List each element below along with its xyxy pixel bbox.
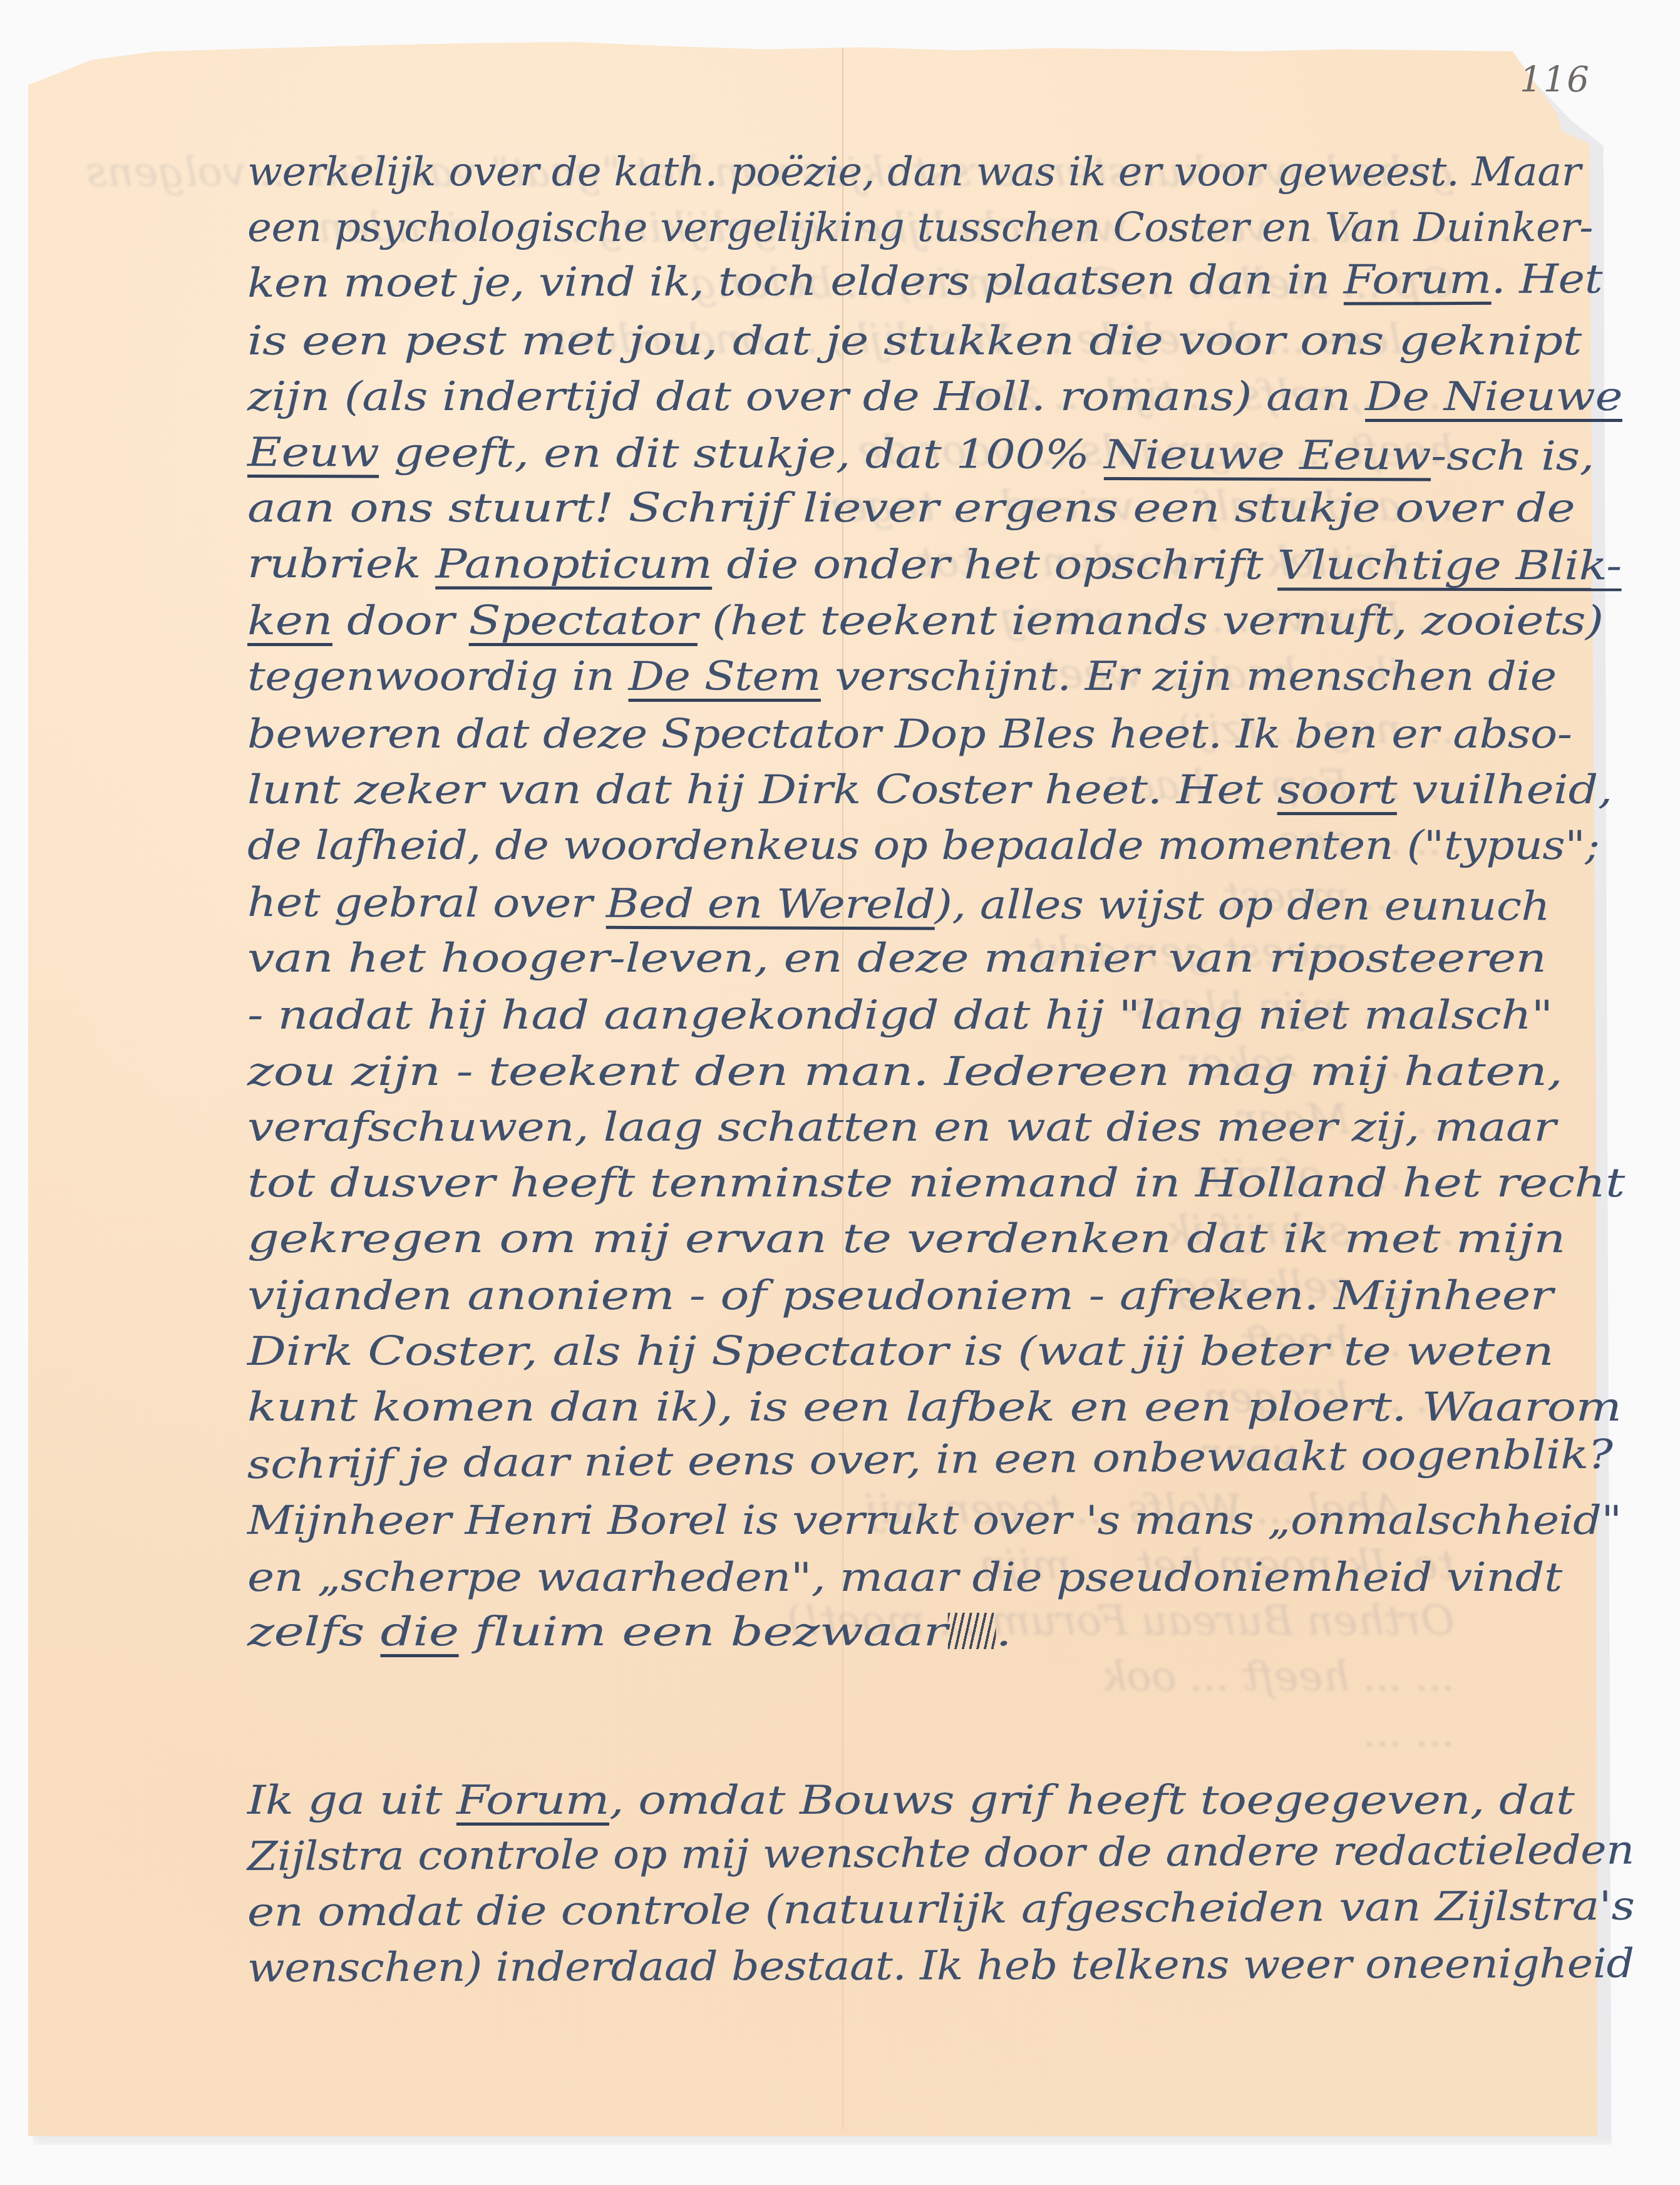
handwritten-line: tot dusver heeft tenminste niemand in Ho… [247,1160,1625,1206]
underlined-title: Forum [1344,257,1492,304]
handwritten-line: ken moet je, vind ik, toch elders plaats… [247,256,1602,307]
handwritten-line: gekregen om mij ervan te verdenken dat i… [247,1216,1565,1262]
handwritten-line: het gebral over Bed en Wereld), alles wi… [247,880,1550,930]
handwritten-line: rubriek Panopticum die onder het opschri… [247,541,1622,589]
line-text: het gebral over [247,880,606,927]
line-text: Mijnheer Henri Borel is verrukt over 's … [247,1498,1622,1544]
line-text: verafschuwen, laag schatten en wat dies … [247,1104,1555,1151]
handwritten-line: wenschen) inderdaad bestaat. Ik heb telk… [247,1941,1634,1992]
underlined-title: De Stem [629,654,821,700]
handwritten-line: zijn (als indertijd dat over de Holl. ro… [247,374,1622,420]
line-text: geeft, en dit stukje, dat 100% [379,430,1104,478]
underlined-title: Bed en Wereld [606,881,935,928]
line-text: die onder het opschrift [712,542,1277,589]
handwritten-line: - nadat hij had aangekondigd dat hij "la… [247,992,1553,1039]
line-text: een psychologische vergelijking tusschen… [247,205,1593,251]
line-text: zou zijn - teekent den man. Iedereen mag… [247,1049,1562,1095]
underlined-title: Panopticum [435,541,712,588]
line-text: wenschen) inderdaad bestaat. Ik heb telk… [247,1941,1634,1992]
handwritten-line: Ik ga uit Forum, omdat Bouws grif heeft … [247,1777,1574,1824]
line-text: Ik ga uit [247,1777,456,1824]
underlined-title: Forum [456,1777,609,1824]
page-number: 116 [1520,59,1590,100]
line-text: werkelijk over de kath. poëzie, dan was … [247,149,1580,195]
line-text: zijn (als indertijd dat over de Holl. ro… [247,374,1365,420]
handwritten-line: Eeuw geeft, en dit stukje, dat 100% Nieu… [247,429,1594,480]
underlined-title: Eeuw [247,429,379,476]
line-text: Dirk Coster, als hij Spectator is (wat j… [247,1329,1554,1375]
underlined-title: De Nieuwe [1365,374,1622,420]
handwritten-line: Mijnheer Henri Borel is verrukt over 's … [247,1498,1622,1544]
handwritten-line: ken door Spectator (het teekent iemands … [247,598,1604,644]
handwritten-line: beweren dat deze Spectator Dop Bles heet… [247,711,1572,758]
handwritten-line: tegenwoordig in De Stem verschijnt. Er z… [247,654,1557,700]
line-text: beweren dat deze Spectator Dop Bles heet… [247,711,1572,758]
line-text: . [996,1609,1011,1655]
line-text: en „scherpe waarheden", maar die pseudon… [247,1555,1562,1601]
underlined-title: Nieuwe Eeuw [1104,432,1431,480]
line-text: Zijlstra controle op mij wenschte door d… [247,1827,1634,1880]
handwritten-line: aan ons stuurt! Schrijf liever ergens ee… [247,485,1575,532]
line-text: , omdat Bouws grif heeft toegegeven, dat [609,1777,1575,1824]
line-text: en omdat die controle (natuurlijk afgesc… [247,1883,1635,1936]
handwritten-line: Dirk Coster, als hij Spectator is (wat j… [247,1329,1554,1375]
handwritten-line: kunt komen dan ik), is een lafbek en een… [247,1384,1621,1431]
line-text: fluim een bezwaar [459,1609,948,1655]
line-text: - nadat hij had aangekondigd dat hij "la… [247,992,1553,1039]
handwritten-line: vijanden anoniem - of pseudoniem - afrek… [247,1273,1553,1319]
handwritten-line: en omdat die controle (natuurlijk afgesc… [247,1883,1635,1936]
line-text: kunt komen dan ik), is een lafbek en een… [247,1384,1621,1431]
line-text: van het hooger-leven, en deze manier van… [247,935,1546,982]
line-text: vuilheid, [1397,767,1612,813]
handwritten-line: zelfs die fluim een bezwaar. [247,1609,1011,1655]
line-text: tot dusver heeft tenminste niemand in Ho… [247,1160,1625,1206]
line-text: verschijnt. Er zijn menschen die [821,654,1557,700]
underlined-title: soort [1277,767,1397,813]
handwritten-line: zou zijn - teekent den man. Iedereen mag… [247,1049,1562,1095]
line-text: . Het [1491,256,1602,303]
line-text: lunt zeker van dat hij Dirk Coster heet.… [247,767,1277,813]
line-text: (het teekent iemands vernuft, zooiets) [698,598,1604,644]
underlined-title: Spectator [469,598,698,644]
underlined-title: Vluchtige Blik- [1277,542,1622,589]
scanned-document: gehad over kunstenaarsstukjes van het "g… [0,0,1680,2185]
underlined-title: ken [247,598,332,644]
handwritten-line: een psychologische vergelijking tusschen… [247,205,1593,251]
handwritten-line: verafschuwen, laag schatten en wat dies … [247,1104,1555,1151]
line-text: ken moet je, vind ik, toch elders plaats… [247,257,1344,307]
line-text: zelfs [247,1609,380,1655]
handwritten-line: werkelijk over de kath. poëzie, dan was … [247,149,1580,195]
line-text: ), alles wijst op den eunuch [935,882,1550,930]
line-text: door [332,598,469,644]
line-text: gekregen om mij ervan te verdenken dat i… [247,1216,1565,1262]
line-text: tegenwoordig in [247,654,629,700]
crossed-out-scribble [947,1613,996,1649]
line-text: -sch is, [1431,433,1594,480]
handwritten-line: Zijlstra controle op mij wenschte door d… [247,1827,1634,1880]
handwritten-line: van het hooger-leven, en deze manier van… [247,935,1546,982]
handwritten-line: lunt zeker van dat hij Dirk Coster heet.… [247,767,1612,813]
handwritten-line: en „scherpe waarheden", maar die pseudon… [247,1555,1562,1601]
line-text: rubriek [247,541,435,587]
handwritten-line: is een pest met jou, dat je stukken die … [247,318,1582,364]
underlined-title: die [380,1609,458,1655]
line-text: aan ons stuurt! Schrijf liever ergens ee… [247,485,1575,532]
line-text: de lafheid, de woordenkeus op bepaalde m… [247,823,1600,869]
handwritten-line: de lafheid, de woordenkeus op bepaalde m… [247,823,1600,869]
line-text: vijanden anoniem - of pseudoniem - afrek… [247,1273,1553,1319]
line-text: is een pest met jou, dat je stukken die … [247,318,1582,364]
